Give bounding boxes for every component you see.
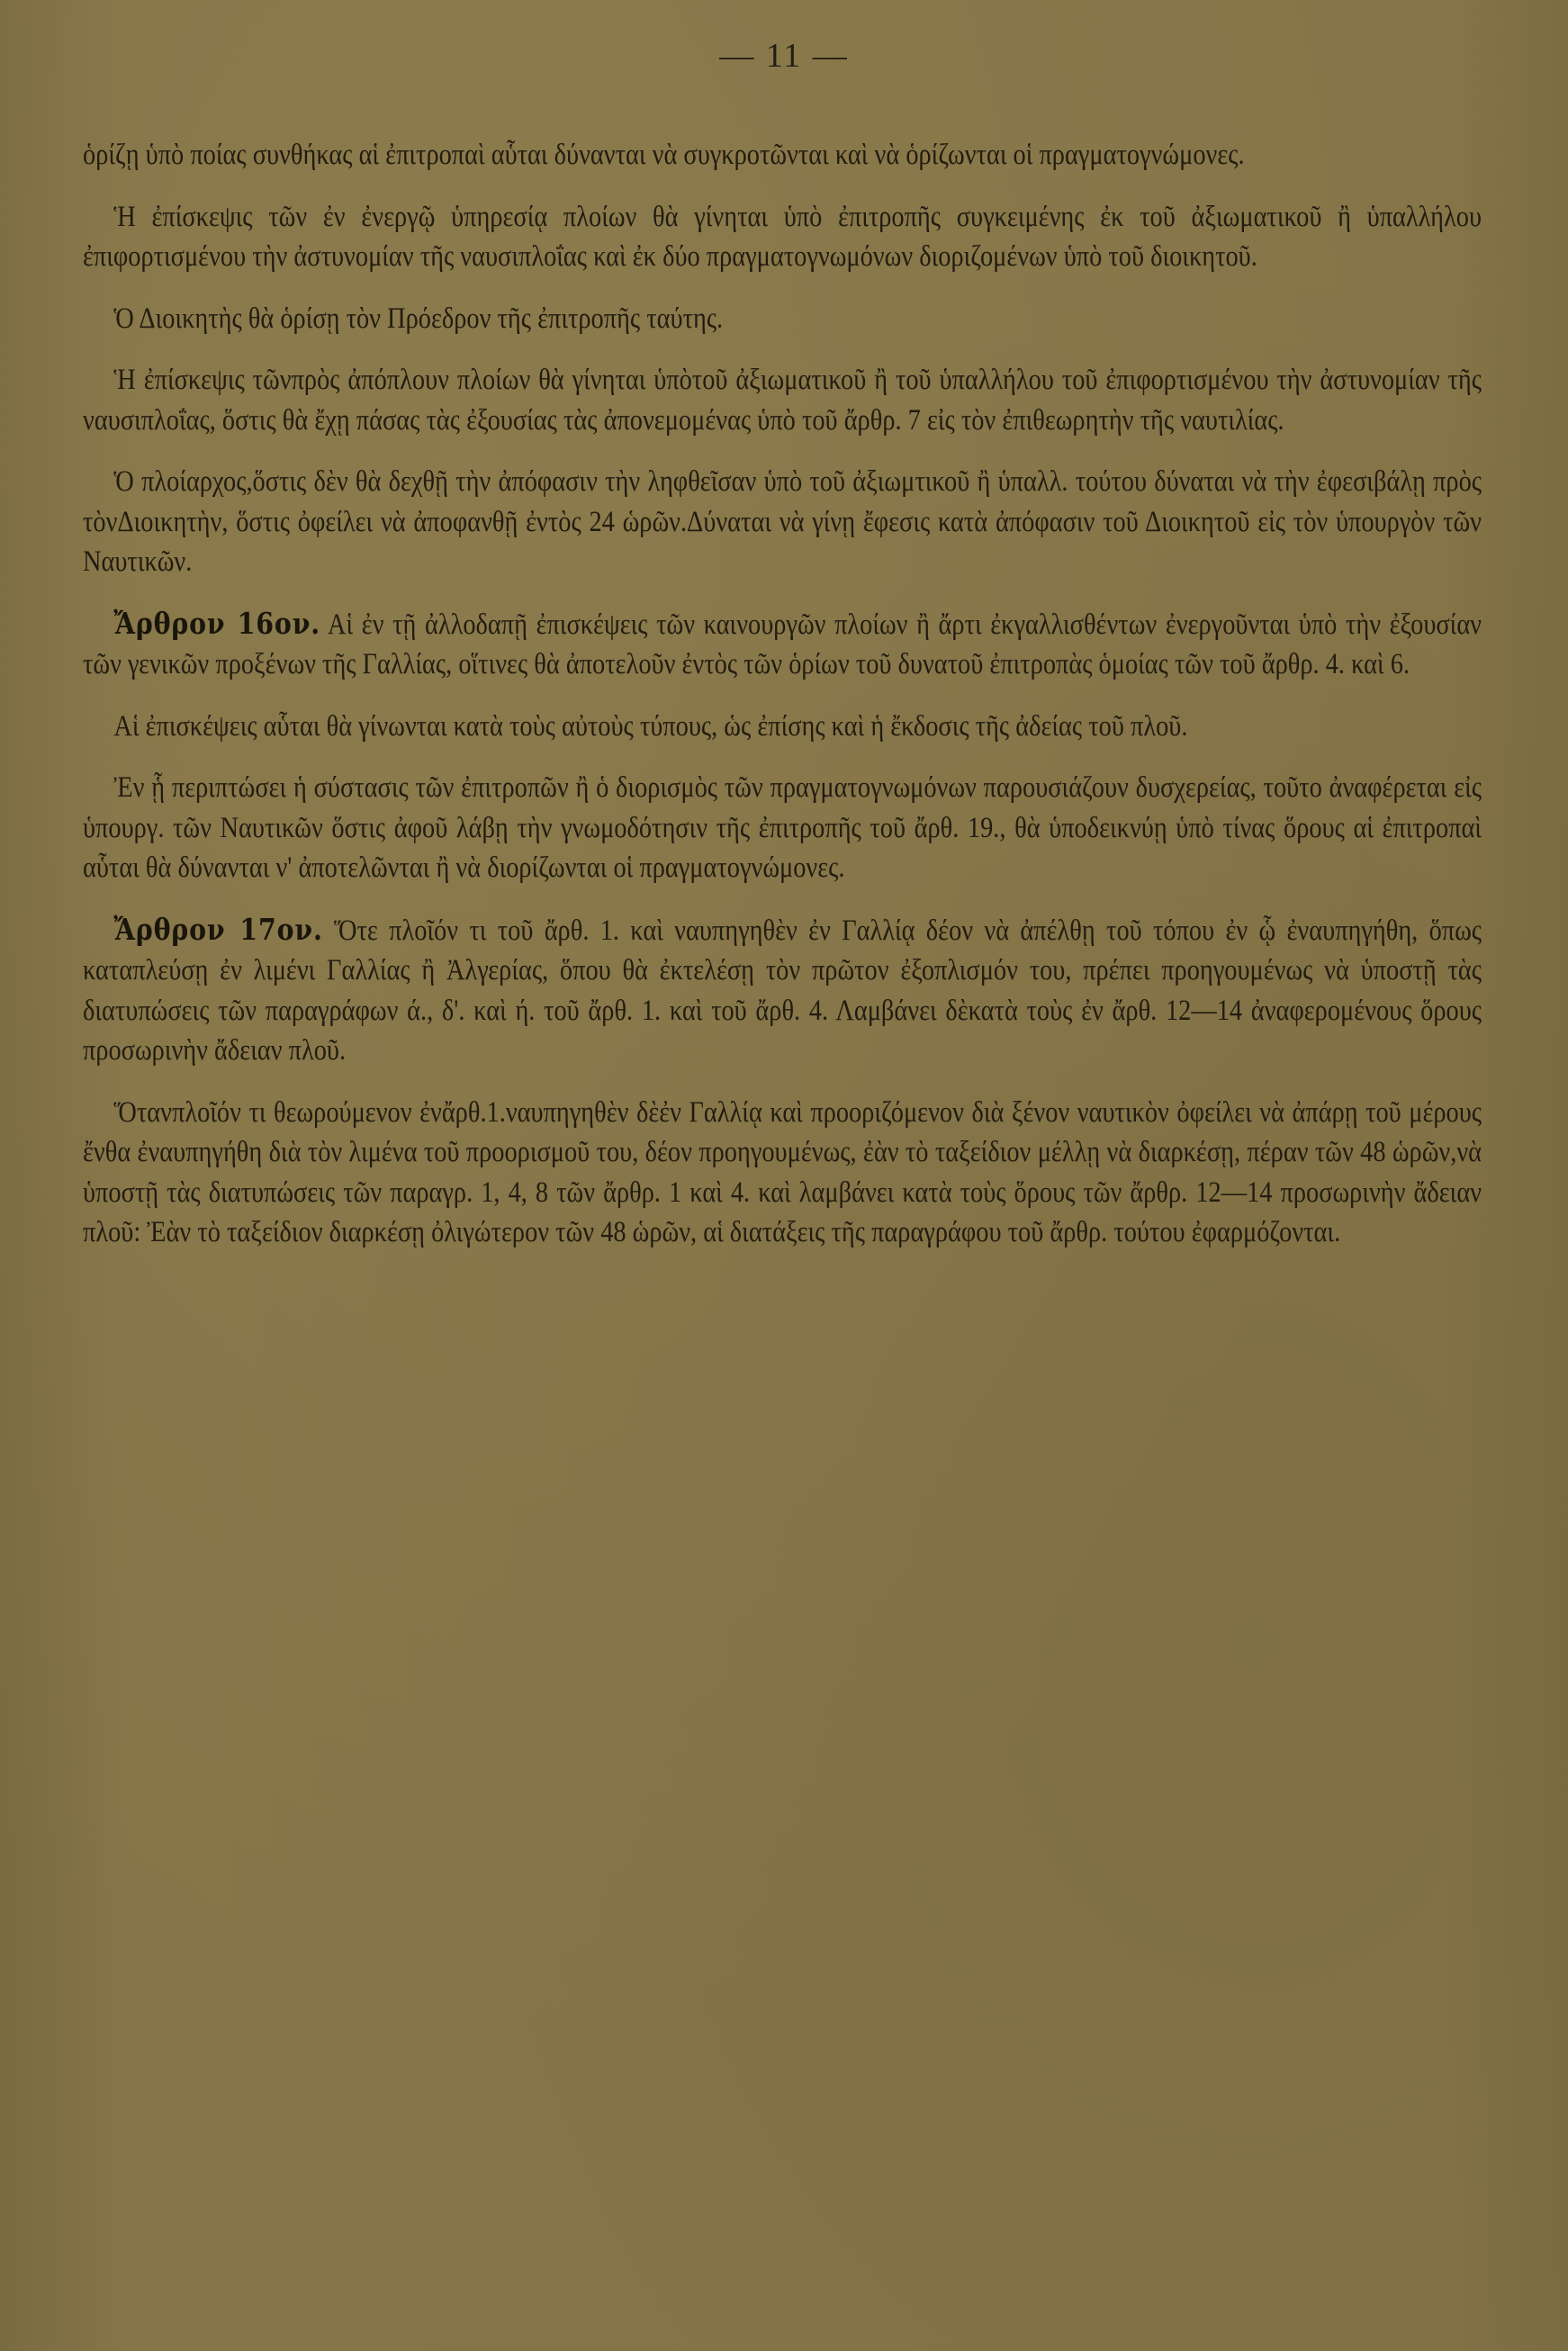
article-17: Ἄρθρον 17ον. Ὅτε πλοῖόν τι τοῦ ἄρθ. 1. κ… <box>83 910 1482 1071</box>
paragraph-text: Αἱ ἐπισκέψεις αὗται θὰ γίνωνται κατὰ τοὺ… <box>113 710 1187 743</box>
article-16: Ἄρθρον 16ον. Αἱ ἐν τῇ ἀλλοδαπῇ ἐπισκέψει… <box>83 604 1482 685</box>
paragraph-continuation: ὁρίζῃ ὑπὸ ποίας συνθήκας αἱ ἐπιτροπαὶ αὗ… <box>83 135 1482 176</box>
paragraph-text: Ἡ ἐπίσκεψις τῶνπρὸς ἀπόπλουν πλοίων θὰ γ… <box>83 364 1482 437</box>
paragraph-foreign-navy-ship: Ὅτανπλοῖόν τι θεωρούμενον ἐνἄρθ.1.ναυπηγ… <box>83 1093 1482 1253</box>
paragraph-inspection-forms: Αἱ ἐπισκέψεις αὗται θὰ γίνωνται κατὰ τοὺ… <box>83 707 1482 747</box>
paragraph-captain-appeal: Ὁ πλοίαρχος,ὅστις δὲν θὰ δεχθῇ τὴν ἀπόφα… <box>83 462 1482 582</box>
paragraph-inspection-committee: Ἡ ἐπίσκεψις τῶν ἐν ἐνεργῷ ὑπηρεσίᾳ πλοίω… <box>83 197 1482 277</box>
page-number: — 11 — <box>0 36 1568 76</box>
paragraph-text: Ὁ πλοίαρχος,ὅστις δὲν θὰ δεχθῇ τὴν ἀπόφα… <box>83 465 1482 578</box>
paragraph-text: Ὁ Διοικητὴς θὰ ὁρίσῃ τὸν Πρόεδρον τῆς ἐπ… <box>113 302 723 335</box>
paragraph-departure-inspection: Ἡ ἐπίσκεψις τῶνπρὸς ἀπόπλουν πλοίων θὰ γ… <box>83 360 1482 440</box>
document-body: ὁρίζῃ ὑπὸ ποίας συνθήκας αἱ ἐπιτροπαὶ αὗ… <box>83 135 1482 1275</box>
paragraph-text: Ἡ ἐπίσκεψις τῶν ἐν ἐνεργῷ ὑπηρεσίᾳ πλοίω… <box>83 201 1482 274</box>
paragraph-president: Ὁ Διοικητὴς θὰ ὁρίσῃ τὸν Πρόεδρον τῆς ἐπ… <box>83 299 1482 339</box>
article-heading: Ἄρθρον 17ον. <box>113 912 322 947</box>
article-heading: Ἄρθρον 16ον. <box>113 606 320 641</box>
paragraph-text: Ὅτανπλοῖόν τι θεωρούμενον ἐνἄρθ.1.ναυπηγ… <box>83 1096 1482 1249</box>
paragraph-text: Ἐν ᾗ περιπτώσει ἡ σύστασις τῶν ἐπιτροπῶν… <box>83 771 1482 884</box>
paragraph-text: ὁρίζῃ ὑπὸ ποίας συνθήκας αἱ ἐπιτροπαὶ αὗ… <box>83 139 1245 171</box>
paragraph-difficulties: Ἐν ᾗ περιπτώσει ἡ σύστασις τῶν ἐπιτροπῶν… <box>83 768 1482 888</box>
